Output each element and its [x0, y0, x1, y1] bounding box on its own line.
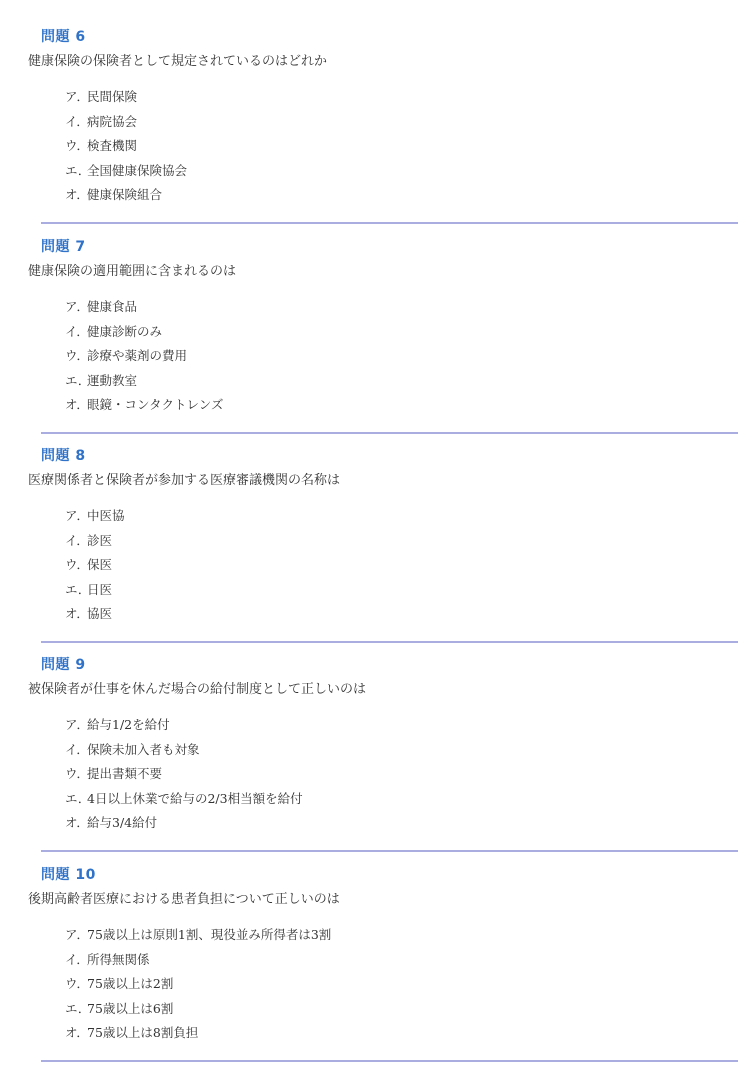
choice-label: 中医協: [87, 508, 125, 523]
choice-mark: ウ．: [65, 765, 87, 783]
choice-mark: イ．: [65, 323, 87, 341]
choice-mark: エ．: [65, 162, 87, 180]
choice-list: ア．75歳以上は原則1割、現役並み所得者は3割 イ．所得無関係 ウ．75歳以上は…: [65, 926, 331, 1049]
section-divider: [41, 222, 738, 224]
choice-o: オ．75歳以上は8割負担: [65, 1024, 331, 1049]
choice-i: イ．診医: [65, 532, 125, 557]
question-heading: 問題 8: [41, 447, 86, 465]
choice-label: 病院協会: [87, 114, 137, 129]
choice-a: ア．健康食品: [65, 298, 223, 323]
choice-a: ア．中医協: [65, 507, 125, 532]
choice-label: 75歳以上は6割: [87, 1001, 173, 1016]
choice-mark: オ．: [65, 1024, 87, 1042]
question-heading: 問題 6: [41, 28, 86, 46]
choice-mark: ウ．: [65, 975, 87, 993]
section-divider: [41, 432, 738, 434]
choice-e: エ．75歳以上は6割: [65, 1000, 331, 1025]
question-text: 医療関係者と保険者が参加する医療審議機関の名称は: [28, 472, 340, 490]
choice-u: ウ．保医: [65, 556, 125, 581]
choice-label: 所得無関係: [87, 952, 150, 967]
choice-mark: オ．: [65, 396, 87, 414]
choice-u: ウ．提出書類不要: [65, 765, 303, 790]
choice-list: ア．民間保険 イ．病院協会 ウ．検査機関 エ．全国健康保険協会 オ．健康保険組合: [65, 88, 187, 211]
choice-i: イ．所得無関係: [65, 951, 331, 976]
choice-mark: ア．: [65, 507, 87, 525]
choice-mark: ア．: [65, 88, 87, 106]
choice-mark: オ．: [65, 605, 87, 623]
choice-mark: イ．: [65, 741, 87, 759]
section-divider: [41, 1060, 738, 1062]
section-divider: [41, 641, 738, 643]
choice-label: 日医: [87, 582, 112, 597]
question-heading: 問題 9: [41, 656, 86, 674]
choice-mark: エ．: [65, 790, 87, 808]
choice-label: 給与1/2を給付: [87, 717, 170, 732]
choice-mark: ウ．: [65, 137, 87, 155]
choice-label: 運動教室: [87, 373, 137, 388]
question-heading: 問題 7: [41, 238, 86, 256]
choice-label: 検査機関: [87, 138, 137, 153]
choice-list: ア．健康食品 イ．健康診断のみ ウ．診療や薬剤の費用 エ．運動教室 オ．眼鏡・コ…: [65, 298, 223, 421]
choice-label: 75歳以上は原則1割、現役並み所得者は3割: [87, 927, 331, 942]
choice-label: 保険未加入者も対象: [87, 742, 200, 757]
section-divider: [41, 850, 738, 852]
choice-label: 眼鏡・コンタクトレンズ: [87, 397, 223, 412]
question-text: 健康保険の保険者として規定されているのはどれか: [28, 53, 327, 71]
choice-e: エ．日医: [65, 581, 125, 606]
choice-a: ア．75歳以上は原則1割、現役並み所得者は3割: [65, 926, 331, 951]
question-text: 健康保険の適用範囲に含まれるのは: [28, 263, 236, 281]
choice-mark: ア．: [65, 298, 87, 316]
choice-e: エ．4日以上休業で給与の2/3相当額を給付: [65, 790, 303, 815]
choice-mark: ア．: [65, 716, 87, 734]
choice-o: オ．協医: [65, 605, 125, 630]
choice-mark: ウ．: [65, 347, 87, 365]
choice-o: オ．眼鏡・コンタクトレンズ: [65, 396, 223, 421]
choice-label: 提出書類不要: [87, 766, 162, 781]
choice-label: 給与3/4給付: [87, 815, 157, 830]
choice-mark: イ．: [65, 113, 87, 131]
choice-mark: エ．: [65, 581, 87, 599]
choice-mark: エ．: [65, 1000, 87, 1018]
question-text: 後期高齢者医療における患者負担について正しいのは: [28, 891, 340, 909]
choice-e: エ．運動教室: [65, 372, 223, 397]
choice-mark: オ．: [65, 186, 87, 204]
choice-a: ア．民間保険: [65, 88, 187, 113]
choice-e: エ．全国健康保険協会: [65, 162, 187, 187]
choice-label: 診医: [87, 533, 112, 548]
question-heading: 問題 10: [41, 866, 96, 884]
choice-mark: ウ．: [65, 556, 87, 574]
choice-label: 診療や薬剤の費用: [87, 348, 187, 363]
choice-mark: エ．: [65, 372, 87, 390]
choice-u: ウ．75歳以上は2割: [65, 975, 331, 1000]
choice-u: ウ．診療や薬剤の費用: [65, 347, 223, 372]
choice-mark: イ．: [65, 532, 87, 550]
choice-label: 健康食品: [87, 299, 137, 314]
choice-mark: オ．: [65, 814, 87, 832]
choice-list: ア．給与1/2を給付 イ．保険未加入者も対象 ウ．提出書類不要 エ．4日以上休業…: [65, 716, 303, 839]
choice-a: ア．給与1/2を給付: [65, 716, 303, 741]
choice-i: イ．病院協会: [65, 113, 187, 138]
question-text: 被保険者が仕事を休んだ場合の給付制度として正しいのは: [28, 681, 366, 699]
choice-mark: イ．: [65, 951, 87, 969]
choice-label: 健康診断のみ: [87, 324, 162, 339]
choice-label: 協医: [87, 606, 112, 621]
choice-label: 全国健康保険協会: [87, 163, 187, 178]
choice-list: ア．中医協 イ．診医 ウ．保医 エ．日医 オ．協医: [65, 507, 125, 630]
choice-label: 健康保険組合: [87, 187, 162, 202]
choice-label: 民間保険: [87, 89, 137, 104]
choice-i: イ．健康診断のみ: [65, 323, 223, 348]
choice-u: ウ．検査機関: [65, 137, 187, 162]
choice-o: オ．健康保険組合: [65, 186, 187, 211]
choice-label: 75歳以上は8割負担: [87, 1025, 198, 1040]
choice-label: 75歳以上は2割: [87, 976, 173, 991]
choice-o: オ．給与3/4給付: [65, 814, 303, 839]
choice-label: 保医: [87, 557, 112, 572]
choice-mark: ア．: [65, 926, 87, 944]
choice-label: 4日以上休業で給与の2/3相当額を給付: [87, 791, 303, 806]
choice-i: イ．保険未加入者も対象: [65, 741, 303, 766]
